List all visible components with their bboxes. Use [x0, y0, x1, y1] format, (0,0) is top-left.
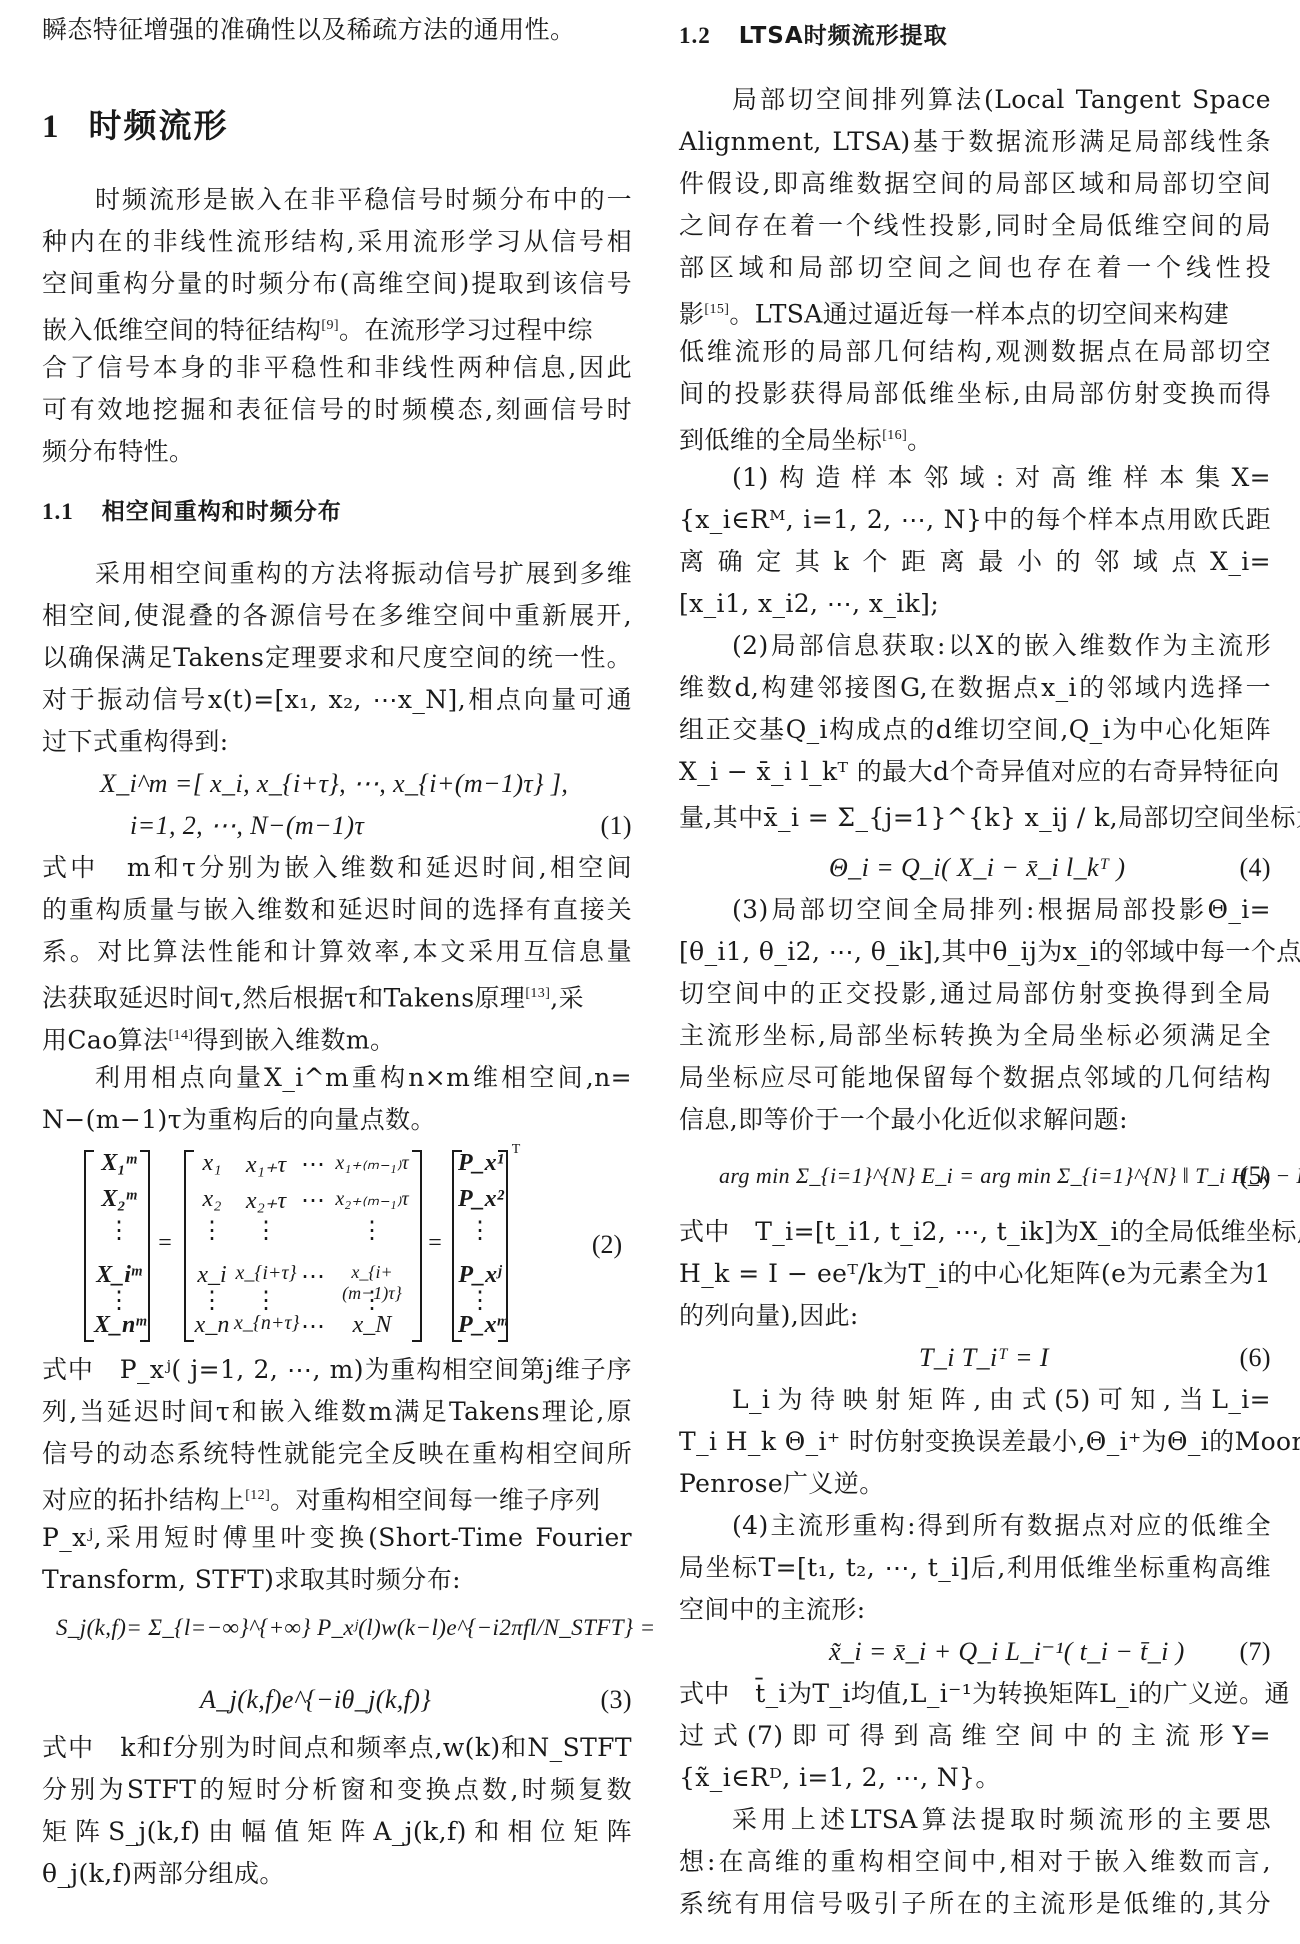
paragraph-line: 时频流形是嵌入在非平稳信号时频分布中的一 — [42, 182, 632, 218]
citation: [15] — [704, 302, 729, 317]
equation-number: (7) — [1239, 1634, 1271, 1670]
left-bracket — [84, 1150, 94, 1342]
paragraph-line: 相空间,使混叠的各源信号在多维空间中重新展开, — [42, 598, 632, 634]
paragraph-line: 式中 t̄_i为T_i均值,L_i⁻¹为转换矩阵L_i的广义逆。通 — [679, 1676, 1271, 1712]
paragraph-line: 间的投影获得局部低维坐标,由局部仿射变换而得 — [679, 376, 1271, 412]
section-title: 时频流形 — [89, 106, 229, 145]
matrix-cell: x₁₊τ — [234, 1150, 298, 1179]
equation-number: (1) — [600, 808, 632, 844]
paragraph-line: 利用相点向量X_i^m重构n×m维相空间,n= — [42, 1060, 632, 1096]
paragraph-line: 的列向量),因此: — [679, 1298, 1271, 1334]
section-1-2-heading: 1.2LTSA时频流形提取 — [679, 18, 1271, 54]
paragraph-line: 分别为STFT的短时分析窗和变换点数,时频复数 — [42, 1772, 632, 1808]
paragraph-line: 过下式重构得到: — [42, 724, 632, 760]
paragraph-line: 对应的拓扑结构上[12]。对重构相空间每一维子序列 — [42, 1478, 632, 1514]
paragraph-line: 采用相空间重构的方法将振动信号扩展到多维 — [42, 556, 632, 592]
paragraph-line: 之间存在着一个线性投影,同时全局低维空间的局 — [679, 208, 1271, 244]
matrix-cell: ⋮ — [234, 1286, 298, 1315]
equation-1-line2: i=1, 2, ⋯, N−(m−1)τ (1) — [42, 808, 632, 844]
matrix-cell: ⋮ — [192, 1286, 232, 1315]
paragraph-line: 式中 m和τ分别为嵌入维数和延迟时间,相空间 — [42, 850, 632, 886]
paragraph-line: 频分布特性。 — [42, 434, 632, 470]
paragraph-line: 式中 T_i=[t_i1, t_i2, ⋯, t_ik]为X_i的全局低维坐标, — [679, 1214, 1271, 1250]
matrix-cell: X_iᵐ — [94, 1262, 144, 1289]
equation-number: (6) — [1239, 1340, 1271, 1376]
paragraph-line: N−(m−1)τ为重构后的向量点数。 — [42, 1102, 632, 1138]
paragraph-line: 离确定其k个距离最小的邻域点X_i= — [679, 544, 1271, 580]
intro-line: 瞬态特征增强的准确性以及稀疏方法的通用性。 — [42, 12, 632, 48]
matrix-cell: x_{i+τ} — [234, 1262, 298, 1285]
paragraph-line: 组正交基Q_i构成点的d维切空间,Q_i为中心化矩阵 — [679, 712, 1271, 748]
paragraph-line: 信息,即等价于一个最小化近似求解问题: — [679, 1102, 1271, 1138]
matrix-cell: x₁₊₍ₘ₋₁₎τ — [330, 1150, 414, 1175]
matrix-cell: ⋯ — [298, 1312, 328, 1341]
matrix-cell: ⋮ — [458, 1216, 502, 1245]
paragraph-line: 可有效地挖掘和表征信号的时频模态,刻画信号时 — [42, 392, 632, 428]
matrix-cell: ⋮ — [234, 1216, 298, 1245]
text: 用Cao算法 — [42, 1025, 169, 1054]
equation-6: T_i T_iᵀ = I (6) — [679, 1340, 1271, 1376]
paragraph-line: 列,当延迟时间τ和嵌入维数m满足Takens理论,原 — [42, 1394, 632, 1430]
matrix-cell: x₁ — [192, 1150, 232, 1177]
paragraph-line: [θ_i1, θ_i2, ⋯, θ_ik],其中θ_ij为x_i的邻域中每一个点… — [679, 934, 1271, 970]
paragraph-line: H_k = I − eeᵀ/k为T_i的中心化矩阵(e为元素全为1 — [679, 1256, 1271, 1292]
paragraph-line: L_i为待映射矩阵,由式(5)可知,当L_i= — [679, 1382, 1271, 1418]
matrix-cell: P_xʲ — [458, 1262, 502, 1289]
paragraph-line: 种内在的非线性流形结构,采用流形学习从信号相 — [42, 224, 632, 260]
paragraph-line: 信号的动态系统特性就能完全反映在重构相空间所 — [42, 1436, 632, 1472]
matrix-cell: X₁ᵐ — [94, 1150, 144, 1177]
paragraph-line: 空间重构分量的时频分布(高维空间)提取到该信号 — [42, 266, 632, 302]
section-1-heading: 1时频流形 — [42, 104, 632, 148]
equation-text: T_i T_iᵀ = I — [919, 1343, 1049, 1372]
equation-3-line1: S_j(k,f)= Σ_{l=−∞}^{+∞} P_xʲ(l)w(k−l)e^{… — [42, 1610, 632, 1646]
paragraph-line: 以确保满足Takens定理要求和尺度空间的统一性。 — [42, 640, 632, 676]
paragraph-line: X_i − x̄_i l_kᵀ 的最大d个奇异值对应的右奇异特征向 — [679, 754, 1271, 790]
paragraph-line: {x_i∈Rᴹ, i=1, 2, ⋯, N}中的每个样本点用欧氏距 — [679, 502, 1271, 538]
paragraph-line: T_i H_k Θ_i⁺ 时仿射变换误差最小,Θ_i⁺为Θ_i的Moore- — [679, 1424, 1271, 1460]
paragraph-line: 到低维的全局坐标[16]。 — [679, 418, 1271, 454]
paragraph-line: 影[15]。LTSA通过逼近每一样本点的切空间来构建 — [679, 292, 1271, 328]
paragraph-line: θ_j(k,f)两部分组成。 — [42, 1856, 632, 1892]
equation-text: Θ_i = Q_i( X_i − x̄_i l_kᵀ ) — [829, 853, 1125, 882]
matrix-cell: x_{n+τ} — [234, 1312, 298, 1335]
matrix-cell: P_xᵐ — [458, 1312, 502, 1339]
equation-number: (4) — [1239, 850, 1271, 886]
paragraph-line: 局坐标T=[t₁, t₂, ⋯, t_i]后,利用低维坐标重构高维 — [679, 1550, 1271, 1586]
equation-1-line1: X_i^m =[ x_i, x_{i+τ}, ⋯, x_{i+(m−1)τ} ]… — [42, 766, 632, 802]
equation-4: Θ_i = Q_i( X_i − x̄_i l_kᵀ ) (4) — [679, 850, 1271, 886]
equals-sign: = — [420, 1230, 450, 1257]
equation-2-matrix: X₁ᵐ X₂ᵐ ⋮ X_iᵐ ⋮ X_nᵐ = x₁ x₁₊τ ⋯ x₁₊₍ₘ₋… — [42, 1150, 632, 1345]
section-title: 相空间重构和时频分布 — [102, 499, 342, 525]
section-number: 1.1 — [42, 499, 74, 524]
paragraph-line: Transform, STFT)求取其时频分布: — [42, 1562, 632, 1598]
text: 法获取延迟时间τ,然后根据τ和Takens原理 — [42, 983, 525, 1012]
paragraph-line: (2)局部信息获取:以X的嵌入维数作为主流形 — [679, 628, 1271, 664]
paragraph-line: 主流形坐标,局部坐标转换为全局坐标必须满足全 — [679, 1018, 1271, 1054]
matrix-cell: X₂ᵐ — [94, 1186, 144, 1213]
equation-number: (2) — [582, 1230, 632, 1260]
equation-7: x̃_i = x̄_i + Q_i L_i⁻¹( t_i − t̄_i ) (7… — [679, 1634, 1271, 1670]
matrix-cell: x₂₊₍ₘ₋₁₎τ — [330, 1186, 414, 1211]
text: 。对重构相空间每一维子序列 — [270, 1485, 600, 1514]
matrix-cell: ⋯ — [298, 1150, 328, 1179]
paragraph-line: 局部切空间排列算法(Local Tangent Space — [679, 82, 1271, 118]
matrix-cell: ⋮ — [330, 1216, 414, 1245]
equation-number: (3) — [600, 1682, 632, 1718]
paragraph-line: 采用上述LTSA算法提取时频流形的主要思 — [679, 1802, 1271, 1838]
paragraph-line: 空间中的主流形: — [679, 1592, 1271, 1628]
equation-text: arg min Σ_{i=1}^{N} E_i = arg min Σ_{i=1… — [719, 1163, 1300, 1188]
text: 得到嵌入维数m。 — [193, 1025, 395, 1054]
matrix-cell: ⋮ — [94, 1286, 144, 1315]
text: 到低维的全局坐标 — [679, 425, 882, 454]
paragraph-line: 嵌入低维空间的特征结构[9]。在流形学习过程中综 — [42, 308, 632, 344]
transpose-mark: T — [508, 1142, 524, 1158]
matrix-cell: X_nᵐ — [94, 1312, 144, 1339]
equation-5: arg min Σ_{i=1}^{N} E_i = arg min Σ_{i=1… — [679, 1158, 1271, 1194]
equation-3-line2: A_j(k,f)e^{−iθ_j(k,f)} (3) — [42, 1682, 632, 1718]
text: ,采 — [550, 983, 584, 1012]
citation: [13] — [525, 986, 550, 1001]
text: 。在流形学习过程中综 — [339, 315, 593, 344]
matrix-cell: ⋮ — [458, 1286, 502, 1315]
equation-text: A_j(k,f)e^{−iθ_j(k,f)} — [200, 1685, 431, 1714]
section-number: 1 — [42, 109, 61, 145]
equation-text: x̃_i = x̄_i + Q_i L_i⁻¹( t_i − t̄_i ) — [829, 1637, 1185, 1666]
matrix-cell: x₂ — [192, 1186, 232, 1213]
paragraph-line: [x_i1, x_i2, ⋯, x_ik]; — [679, 586, 1271, 622]
paragraph-line: 切空间中的正交投影,通过局部仿射变换得到全局 — [679, 976, 1271, 1012]
paragraph-line: 对于振动信号x(t)=[x₁, x₂, ⋯x_N],相点向量可通 — [42, 682, 632, 718]
citation: [16] — [882, 428, 907, 443]
paragraph-line: 系。对比算法性能和计算效率,本文采用互信息量 — [42, 934, 632, 970]
paragraph-line: 过式(7)即可得到高维空间中的主流形Y= — [679, 1718, 1271, 1754]
paragraph-line: Penrose广义逆。 — [679, 1466, 1271, 1502]
paragraph-line: 法获取延迟时间τ,然后根据τ和Takens原理[13],采 — [42, 976, 632, 1012]
paragraph-line: 件假设,即高维数据空间的局部区域和局部切空间 — [679, 166, 1271, 202]
matrix-cell: x_n — [192, 1312, 232, 1339]
matrix-cell: x_i — [192, 1262, 232, 1289]
paragraph-line: 低维流形的局部几何结构,观测数据点在局部切空 — [679, 334, 1271, 370]
paragraph-line: 想:在高维的重构相空间中,相对于嵌入维数而言, — [679, 1844, 1271, 1880]
paragraph-line: (1)构造样本邻域:对高维样本集X= — [679, 460, 1271, 496]
citation: [14] — [169, 1028, 194, 1043]
section-title: LTSA时频流形提取 — [739, 23, 948, 49]
equation-number: (5) — [1239, 1158, 1271, 1194]
matrix-cell: P_x² — [458, 1186, 502, 1213]
matrix-cell: ⋮ — [192, 1216, 232, 1245]
paragraph-line: (4)主流形重构:得到所有数据点对应的低维全 — [679, 1508, 1271, 1544]
text: 。LTSA通过逼近每一样本点的切空间来构建 — [729, 299, 1229, 328]
paragraph-line: {x̃_i∈Rᴰ, i=1, 2, ⋯, N}。 — [679, 1760, 1271, 1796]
paragraph-line: (3)局部切空间全局排列:根据局部投影Θ_i= — [679, 892, 1271, 928]
equation-text: i=1, 2, ⋯, N−(m−1)τ — [130, 811, 364, 840]
section-1-1-heading: 1.1相空间重构和时频分布 — [42, 494, 632, 530]
matrix-cell: ⋯ — [298, 1186, 328, 1215]
paragraph-line: 式中 k和f分别为时间点和频率点,w(k)和N_STFT — [42, 1730, 632, 1766]
matrix-cell: ⋮ — [330, 1286, 414, 1315]
paragraph-line: 维数d,构建邻接图G,在数据点x_i的邻域内选择一 — [679, 670, 1271, 706]
matrix-cell: x_N — [330, 1312, 414, 1339]
section-number: 1.2 — [679, 23, 711, 48]
paragraph-line: 量,其中x̄_i = Σ_{j=1}^{k} x_ij / k,局部切空间坐标为… — [679, 800, 1271, 836]
paragraph-line: 式中 P_xʲ( j=1, 2, ⋯, m)为重构相空间第j维子序 — [42, 1352, 632, 1388]
paragraph-line: 矩阵S_j(k,f)由幅值矩阵A_j(k,f)和相位矩阵 — [42, 1814, 632, 1850]
paragraph-line: P_xʲ,采用短时傅里叶变换(Short-Time Fourier — [42, 1520, 632, 1556]
paragraph-line: 部区域和局部切空间之间也存在着一个线性投 — [679, 250, 1271, 286]
text: 。 — [907, 425, 932, 454]
paragraph-line: 用Cao算法[14]得到嵌入维数m。 — [42, 1018, 632, 1054]
text: 影 — [679, 299, 704, 328]
paragraph-line: 合了信号本身的非平稳性和非线性两种信息,因此 — [42, 350, 632, 386]
equals-sign: = — [150, 1230, 180, 1257]
citation: [9] — [321, 318, 339, 333]
paragraph-line: Alignment, LTSA)基于数据流形满足局部线性条 — [679, 124, 1271, 160]
paragraph-line: 的重构质量与嵌入维数和延迟时间的选择有直接关 — [42, 892, 632, 928]
text: 对应的拓扑结构上 — [42, 1485, 245, 1514]
matrix-cell: x₂₊τ — [234, 1186, 298, 1215]
matrix-cell: P_x¹ — [458, 1150, 502, 1177]
citation: [12] — [245, 1488, 270, 1503]
paragraph-line: 系统有用信号吸引子所在的主流形是低维的,其分 — [679, 1886, 1271, 1922]
matrix-cell: ⋮ — [94, 1216, 144, 1245]
text: 嵌入低维空间的特征结构 — [42, 315, 321, 344]
matrix-cell: ⋯ — [298, 1262, 328, 1291]
paragraph-line: 局坐标应尽可能地保留每个数据点邻域的几何结构 — [679, 1060, 1271, 1096]
